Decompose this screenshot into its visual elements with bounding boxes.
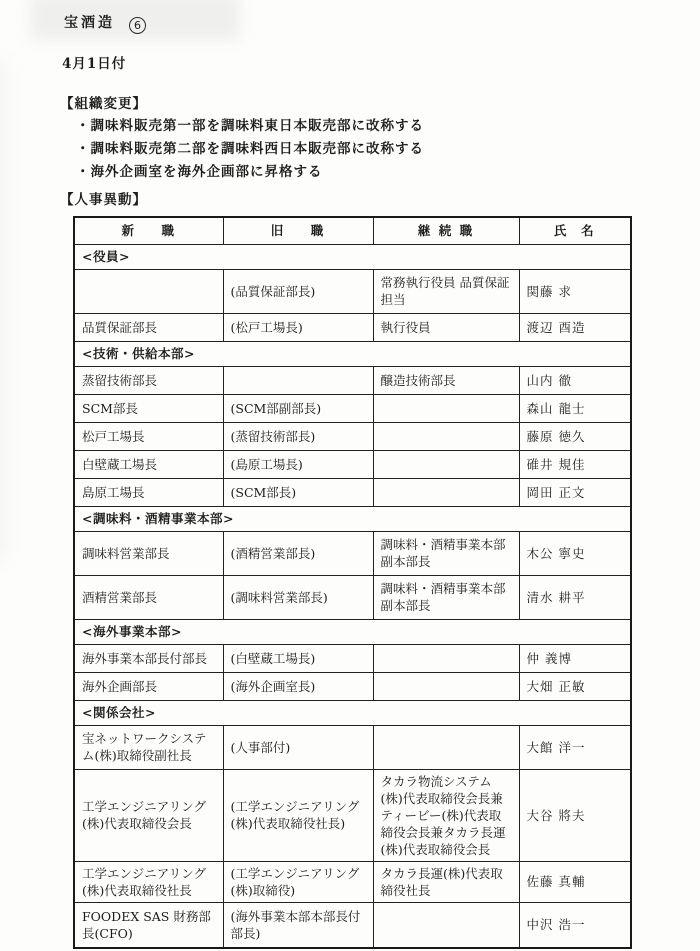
cell-new-position: 宝ネットワークシステム(株)取締役副社長 (74, 725, 223, 769)
cell-continuing-position (373, 672, 519, 700)
org-change-section: 【組織変更】 ・調味料販売第一部を調味料東日本販売部に改称する ・調味料販売第二… (60, 92, 424, 184)
cell-old-position: (工学エンジニアリング(株)取締役) (223, 861, 373, 902)
cell-old-position: (工学エンジニアリング(株)代表取締役社長) (223, 769, 373, 861)
cell-continuing-position (373, 725, 519, 769)
cell-new-position: 白壁蔵工場長 (74, 450, 223, 478)
table-row: 酒精営業部長 (調味料営業部長) 調味料・酒精事業本部副本部長 清水 耕平 (74, 575, 631, 619)
cell-old-position: (海外事業本部本部長付部長) (223, 902, 373, 948)
cell-name: 岡田 正文 (519, 478, 631, 506)
col-header-continuing-position: 継 続 職 (373, 217, 519, 244)
company-name-line: 宝酒造6 (64, 12, 146, 34)
cell-old-position: (酒精営業部長) (223, 531, 373, 575)
cell-old-position: (白壁蔵工場長) (223, 644, 373, 672)
table-row: 海外企画部長 (海外企画室長) 大畑 正敏 (74, 672, 631, 700)
section-row: <役員> (74, 244, 631, 269)
col-header-new-position: 新 職 (74, 217, 223, 244)
cell-new-position (74, 269, 223, 313)
cell-new-position: SCM部長 (74, 394, 223, 422)
cell-old-position: (SCM部長) (223, 478, 373, 506)
cell-name: 藤原 徳久 (519, 422, 631, 450)
cell-old-position: (SCM部副部長) (223, 394, 373, 422)
cell-old-position: (調味料営業部長) (223, 575, 373, 619)
table-row: (品質保証部長) 常務執行役員 品質保証担当 関藤 求 (74, 269, 631, 313)
col-header-old-position: 旧 職 (223, 217, 373, 244)
cell-continuing-position (373, 450, 519, 478)
table-row: 島原工場長 (SCM部長) 岡田 正文 (74, 478, 631, 506)
cell-new-position: 松戸工場長 (74, 422, 223, 450)
cell-continuing-position: 調味料・酒精事業本部副本部長 (373, 531, 519, 575)
cell-new-position: 島原工場長 (74, 478, 223, 506)
cell-new-position: FOODEX SAS 財務部長(CFO) (74, 902, 223, 948)
cell-old-position: (人事部付) (223, 725, 373, 769)
cell-name: 清水 耕平 (519, 575, 631, 619)
cell-continuing-position (373, 394, 519, 422)
table-row: 白壁蔵工場長 (島原工場長) 碓井 規佳 (74, 450, 631, 478)
cell-name: 関藤 求 (519, 269, 631, 313)
cell-new-position: 海外企画部長 (74, 672, 223, 700)
cell-name: 佐藤 真輔 (519, 861, 631, 902)
table-row: 工学エンジニアリング(株)代表取締役会長 (工学エンジニアリング(株)代表取締役… (74, 769, 631, 861)
cell-name: 大館 洋一 (519, 725, 631, 769)
cell-name: 渡辺 酉造 (519, 313, 631, 341)
org-change-item: ・海外企画室を海外企画部に昇格する (76, 161, 424, 184)
cell-new-position: 工学エンジニアリング(株)代表取締役社長 (74, 861, 223, 902)
cell-continuing-position: タカラ長運(株)代表取締役社長 (373, 861, 519, 902)
cell-name: 木公 寧史 (519, 531, 631, 575)
section-label: <役員> (74, 244, 631, 269)
cell-name: 山内 徹 (519, 366, 631, 394)
section-row: <調味料・酒精事業本部> (74, 506, 631, 531)
cell-continuing-position: 常務執行役員 品質保証担当 (373, 269, 519, 313)
cell-continuing-position: タカラ物流システム(株)代表取締役会長兼ティービー(株)代表取締役会長兼タカラ長… (373, 769, 519, 861)
circled-page-number-icon: 6 (129, 17, 146, 34)
cell-new-position: 品質保証部長 (74, 313, 223, 341)
section-label: <関係会社> (74, 700, 631, 725)
cell-continuing-position (373, 422, 519, 450)
cell-old-position: (海外企画室長) (223, 672, 373, 700)
cell-name: 大畑 正敏 (519, 672, 631, 700)
cell-new-position: 酒精営業部長 (74, 575, 223, 619)
table-row: 松戸工場長 (蒸留技術部長) 藤原 徳久 (74, 422, 631, 450)
cell-continuing-position: 醸造技術部長 (373, 366, 519, 394)
cell-new-position: 海外事業本部長付部長 (74, 644, 223, 672)
cell-name: 碓井 規佳 (519, 450, 631, 478)
company-name: 宝酒造 (64, 15, 115, 31)
col-header-name: 氏 名 (519, 217, 631, 244)
section-label: <海外事業本部> (74, 619, 631, 644)
section-row: <技術・供給本部> (74, 341, 631, 366)
cell-new-position: 工学エンジニアリング(株)代表取締役会長 (74, 769, 223, 861)
table-row: FOODEX SAS 財務部長(CFO) (海外事業本部本部長付部長) 中沢 浩… (74, 902, 631, 948)
cell-continuing-position (373, 902, 519, 948)
cell-continuing-position: 調味料・酒精事業本部副本部長 (373, 575, 519, 619)
cell-old-position: (島原工場長) (223, 450, 373, 478)
cell-continuing-position (373, 478, 519, 506)
section-label: <技術・供給本部> (74, 341, 631, 366)
effective-date: 4月1日付 (62, 52, 126, 72)
table-row: 宝ネットワークシステム(株)取締役副社長 (人事部付) 大館 洋一 (74, 725, 631, 769)
personnel-heading: 【人事異動】 (60, 188, 147, 208)
table-row: 海外事業本部長付部長 (白壁蔵工場長) 仲 義博 (74, 644, 631, 672)
section-row: <海外事業本部> (74, 619, 631, 644)
table-row: 蒸留技術部長 醸造技術部長 山内 徹 (74, 366, 631, 394)
table-row: 工学エンジニアリング(株)代表取締役社長 (工学エンジニアリング(株)取締役) … (74, 861, 631, 902)
table-header-row: 新 職 旧 職 継 続 職 氏 名 (74, 217, 631, 244)
document-page: { "page": { "company": "宝酒造", "page_mark… (0, 0, 700, 951)
org-change-item: ・調味料販売第一部を調味料東日本販売部に改称する (76, 115, 424, 138)
cell-name: 中沢 浩一 (519, 902, 631, 948)
cell-new-position: 蒸留技術部長 (74, 366, 223, 394)
table-row: SCM部長 (SCM部副部長) 森山 龍士 (74, 394, 631, 422)
cell-old-position: (品質保証部長) (223, 269, 373, 313)
cell-new-position: 調味料営業部長 (74, 531, 223, 575)
table-row: 調味料営業部長 (酒精営業部長) 調味料・酒精事業本部副本部長 木公 寧史 (74, 531, 631, 575)
cell-name: 大谷 將夫 (519, 769, 631, 861)
table-row: 品質保証部長 (松戸工場長) 執行役員 渡辺 酉造 (74, 313, 631, 341)
scan-shadow (0, 60, 8, 560)
cell-continuing-position: 執行役員 (373, 313, 519, 341)
org-change-item: ・調味料販売第二部を調味料西日本販売部に改称する (76, 138, 424, 161)
cell-name: 森山 龍士 (519, 394, 631, 422)
org-change-list: ・調味料販売第一部を調味料東日本販売部に改称する ・調味料販売第二部を調味料西日… (60, 115, 424, 184)
cell-name: 仲 義博 (519, 644, 631, 672)
section-row: <関係会社> (74, 700, 631, 725)
section-label: <調味料・酒精事業本部> (74, 506, 631, 531)
org-change-heading: 【組織変更】 (60, 92, 424, 112)
cell-old-position: (松戸工場長) (223, 313, 373, 341)
cell-old-position (223, 366, 373, 394)
cell-continuing-position (373, 644, 519, 672)
personnel-table: 新 職 旧 職 継 続 職 氏 名 <役員> (品質保証部長) 常務執行役員 品… (73, 216, 632, 949)
cell-old-position: (蒸留技術部長) (223, 422, 373, 450)
